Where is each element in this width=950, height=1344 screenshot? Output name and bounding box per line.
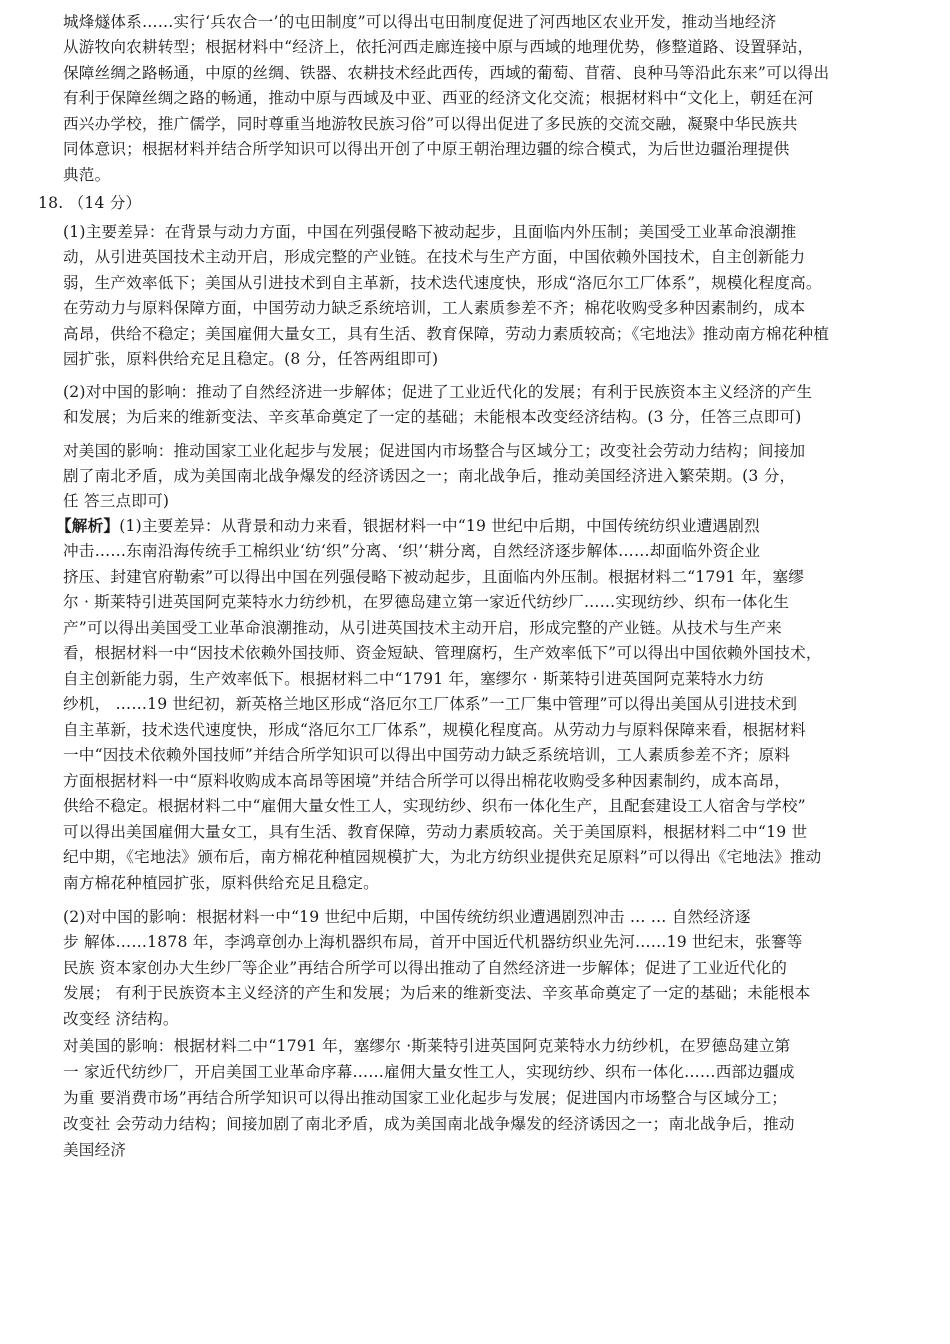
text-line: 有利于保障丝绸之路的畅通，推动中原与西域及中亚、西亚的经济文化交流；根据材料中“… <box>63 87 813 109</box>
text-line: 步 解体……1878 年，李鸿章创办上海机器织布局，首开中国近代机器纺织业先河…… <box>63 931 803 953</box>
text-line: 任 答三点即可) <box>63 490 169 512</box>
text-line: 纪中期，《宅地法》颁布后，南方棉花种植园规模扩大，为北方纺织业提供充足原料”可以… <box>63 846 821 868</box>
text-line: 改变经 济结构。 <box>63 1008 179 1030</box>
text-line: 民族 资本家创办大生纱厂等企业”再结合所学可以得出推动了自然经济进一步解体；促进… <box>63 957 787 979</box>
text-line: 产”可以得出美国受工业革命浪潮推动，从引进英国技术主动开启，形成完整的产业链。从… <box>63 617 782 639</box>
text-line: 城烽燧体系……实行‘兵农合一’的屯田制度”可以得出屯田制度促进了河西地区农业开发… <box>63 11 776 33</box>
text-line: 尔 · 斯莱特引进英国阿克莱特水力纺纱机，在罗德岛建立第一家近代纺纱厂……实现纺… <box>63 591 789 613</box>
text-line: (2)对中国的影响：根据材料一中“19 世纪中后期，中国传统纺织业遭遇剧烈冲击 … <box>63 906 751 928</box>
text-line: 园扩张，原料供给充足且稳定。(8 分，任答两组即可) <box>63 348 438 370</box>
text-line: 可以得出美国雇佣大量女工，具有生活、教育保障，劳动力素质较高。关于美国原料，根据… <box>63 821 807 843</box>
text-line: 自主革新，技术迭代速度快，形成“洛厄尔工厂体系”，规模化程度高。从劳动力与原料保… <box>63 719 806 741</box>
question-18-heading: 18. （14 分） <box>38 192 141 214</box>
text-line: 在劳动力与原料保障方面，中国劳动力缺乏系统培训，工人素质参差不齐；棉花收购受多种… <box>63 297 805 319</box>
analysis-label: 【解析】 <box>56 516 119 535</box>
text-line: 和发展；为后来的维新变法、辛亥革命奠定了一定的基础；未能根本改变经济结构。(3 … <box>63 406 802 428</box>
text-line: 美国经济 <box>63 1139 126 1161</box>
text-line: 从游牧向农耕转型；根据材料中“经济上，依托河西走廊连接中原与西域的地理优势，修整… <box>63 36 813 58</box>
text-line: 供给不稳定。根据材料二中“雇佣大量女性工人，实现纺纱、织布一体化生产，且配套建设… <box>63 795 806 817</box>
text-line: 高昂，供给不稳定；美国雇佣大量女工，具有生活、教育保障，劳动力素质较高；《宅地法… <box>63 323 829 345</box>
text-line: 对美国的影响：推动国家工业化起步与发展；促进国内市场整合与区域分工；改变社会劳动… <box>63 440 805 462</box>
text-line: (1)主要差异：在背景与动力方面，中国在列强侵略下被动起步，且面临内外压制；美国… <box>63 221 796 243</box>
text-line: 冲击……东南沿海传统手工棉织业‘纺‘织”分离、‘织’‘耕分离，自然经济逐步解体…… <box>63 540 760 562</box>
text-line: 看，根据材料一中“因技术依赖外国技师、资金短缺、管理腐朽，生产效率低下”可以得出… <box>63 642 822 664</box>
text-line: 剧了南北矛盾，成为美国南北战争爆发的经济诱因之一；南北战争后，推动美国经济进入繁… <box>63 465 795 487</box>
text-line: 发展； 有利于民族资本主义经济的产生和发展；为后来的维新变法、辛亥革命奠定了一定… <box>63 982 810 1004</box>
text-line: 同体意识；根据材料并结合所学知识可以得出开创了中原王朝治理边疆的综合模式，为后世… <box>63 138 790 160</box>
analysis-text: (1)主要差异：从背景和动力来看，银据材料一中“19 世纪中后期，中国传统纺织业… <box>119 517 760 535</box>
text-line: 保障丝绸之路畅通，中原的丝绸、铁器、农耕技术经此西传，西域的葡萄、苜蓿、良种马等… <box>63 62 829 84</box>
answer-key-page: 城烽燧体系……实行‘兵农合一’的屯田制度”可以得出屯田制度促进了河西地区农业开发… <box>0 0 950 1344</box>
text-line: 一 家近代纺纱厂，开启美国工业革命序幕……雇佣大量女性工人，实现纺纱、织布一体化… <box>63 1061 795 1083</box>
text-line: 纱机， ……19 世纪初，新英格兰地区形成“洛厄尔工厂体系”一工厂集中管理”可以… <box>63 693 797 715</box>
text-line: 对美国的影响：根据材料二中“1791 年，塞缪尔 ·斯莱特引进英国阿克莱特水力纺… <box>63 1035 790 1057</box>
text-line: (2)对中国的影响：推动了自然经济进一步解体；促进了工业近代化的发展；有利于民族… <box>63 381 812 403</box>
text-line: 【解析】(1)主要差异：从背景和动力来看，银据材料一中“19 世纪中后期，中国传… <box>56 515 760 537</box>
text-line: 动，从引进英国技术主动开启，形成完整的产业链。在技术与生产方面，中国依赖外国技术… <box>63 246 805 268</box>
text-line: 方面根据材料一中“原料收购成本高昂等困境”并结合所学可以得出棉花收购受多种因素制… <box>63 770 790 792</box>
text-line: 自主创新能力弱，生产效率低下。根据材料二中“1791 年，塞缪尔 · 斯莱特引进… <box>63 668 764 690</box>
text-line: 西兴办学校，推广儒学，同时尊重当地游牧民族习俗”可以得出促进了多民族的交流交融，… <box>63 113 798 135</box>
text-line: 南方棉花种植园扩张，原料供给充足且稳定。 <box>63 872 379 894</box>
text-line: 一中“因技术依赖外国技师”并结合所学知识可以得出中国劳动力缺乏系统培训，工人素质… <box>63 744 790 766</box>
text-line: 改变社 会劳动力结构；间接加剧了南北矛盾，成为美国南北战争爆发的经济诱因之一；南… <box>63 1113 795 1135</box>
text-line: 典范。 <box>63 164 110 186</box>
text-line: 挤压、封建官府勒索”可以得出中国在列强侵略下被动起步，且面临内外压制。根据材料二… <box>63 566 804 588</box>
text-line: 弱，生产效率低下；美国从引进技术到自主革新，技术迭代速度快，形成“洛厄尔工厂体系… <box>63 272 822 294</box>
text-line: 为重 要消费市场”再结合所学知识可以得出推动国家工业化起步与发展；促进国内市场整… <box>63 1087 787 1109</box>
